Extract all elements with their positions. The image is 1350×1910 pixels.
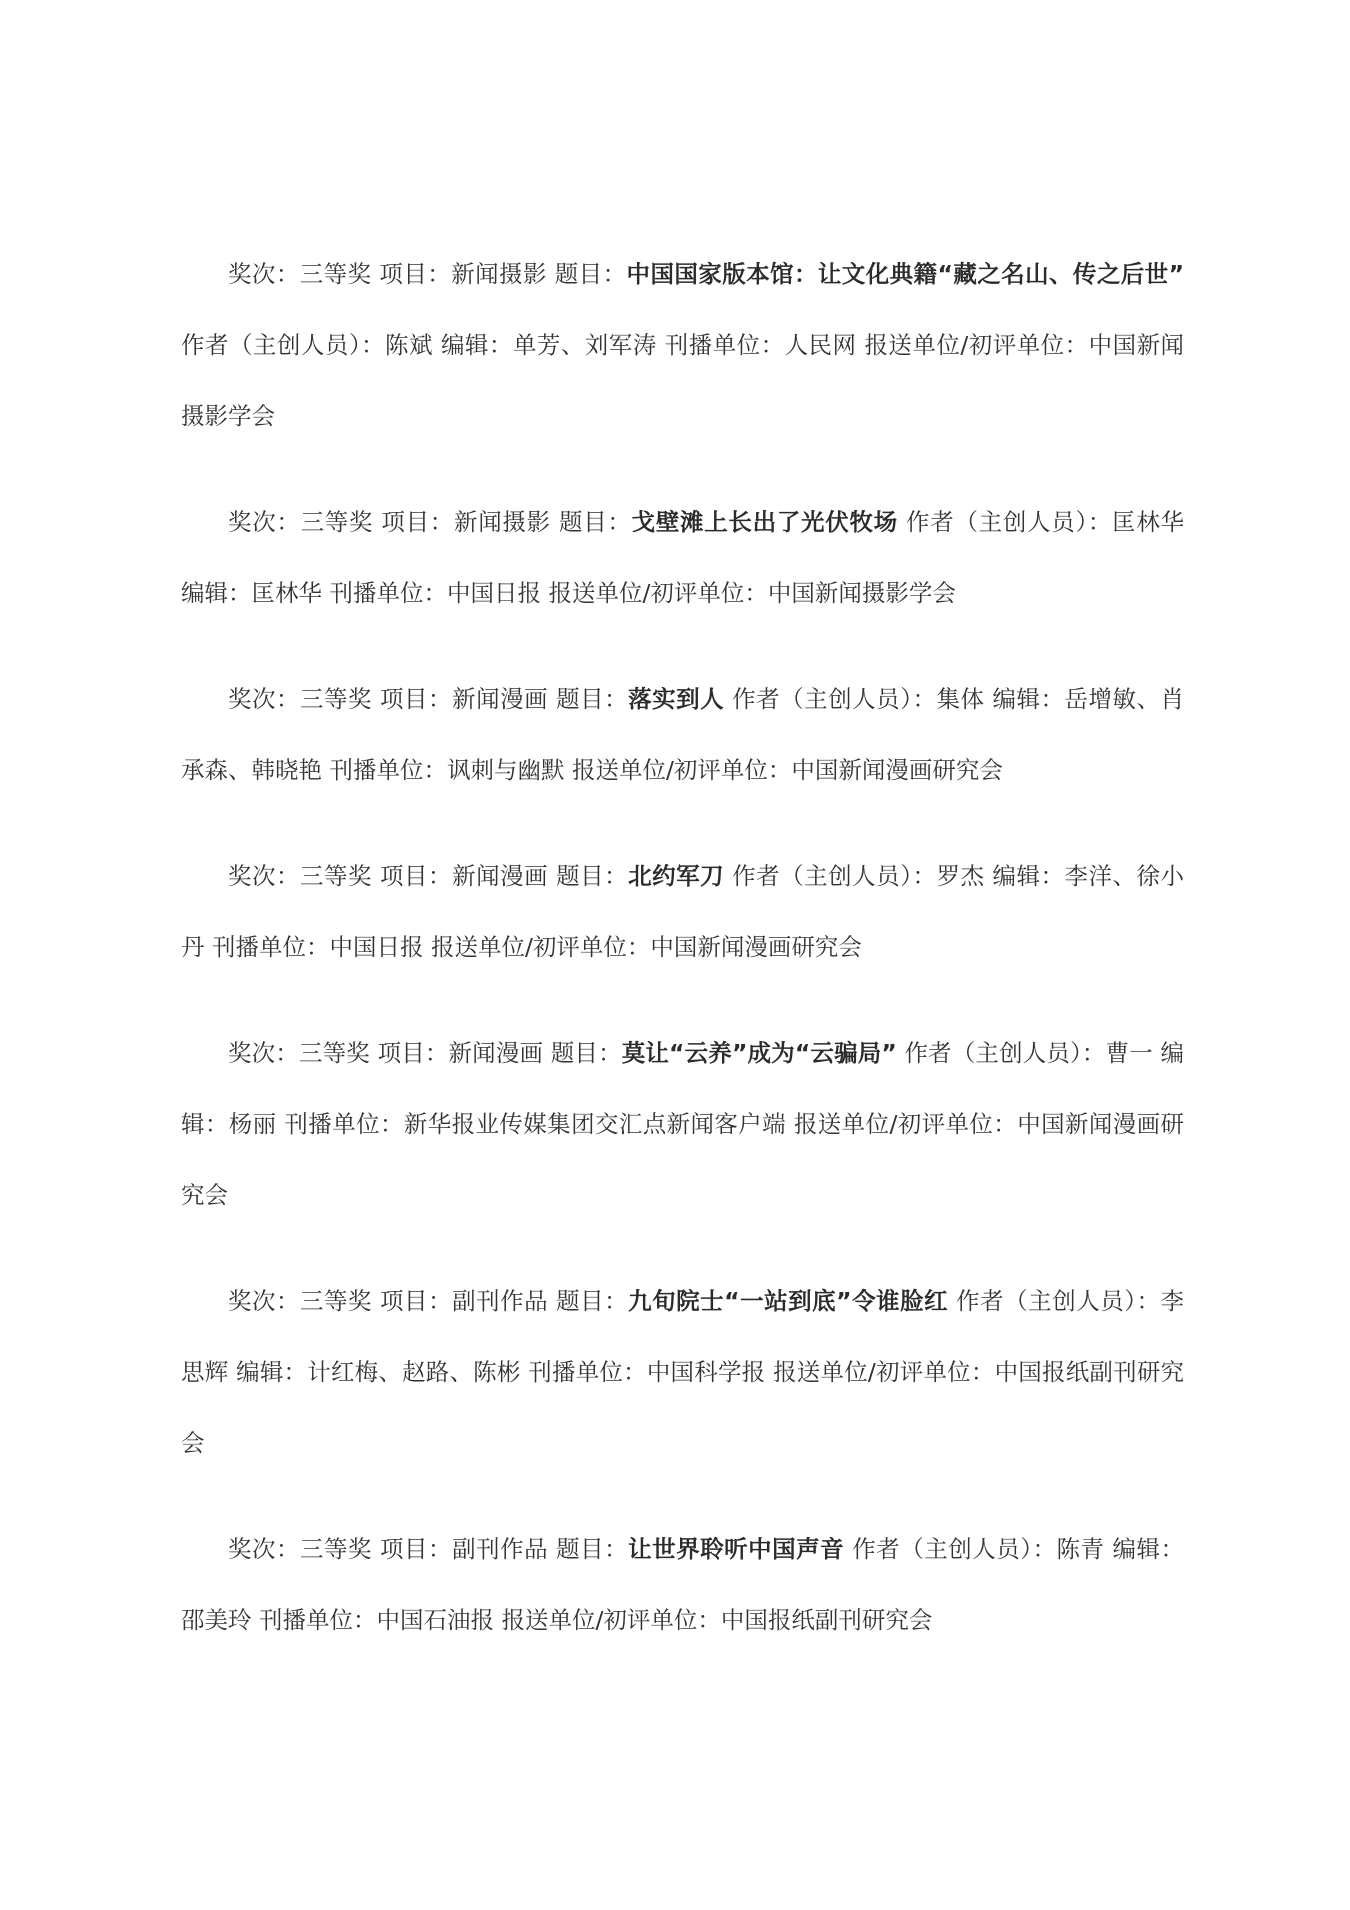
award-label: 奖次： [228, 508, 301, 536]
submitter-label: 报送单位/初评单位： [431, 933, 650, 961]
editor-label: 编辑： [992, 862, 1064, 890]
award-label: 奖次： [228, 1287, 300, 1315]
editor-value: 单芳、刘军涛 [513, 331, 657, 359]
category-value: 副刊作品 [452, 1287, 548, 1315]
title-label: 题目： [551, 1039, 622, 1067]
editor-label: 编辑： [992, 685, 1064, 713]
author-label: 作者（主创人员）： [732, 862, 936, 890]
submitter-value: 中国新闻摄影学会 [768, 579, 956, 607]
author-value: 匡林华 [1112, 508, 1184, 536]
publisher-label: 刊播单位： [284, 1110, 403, 1138]
publisher-label: 刊播单位： [259, 1606, 377, 1634]
category-value: 新闻漫画 [452, 862, 548, 890]
award-entry: 奖次：三等奖 项目：新闻漫画 题目：北约军刀 作者（主创人员）：罗杰 编辑：李洋… [181, 841, 1184, 983]
entry-title: 中国国家版本馆：让文化典籍“藏之名山、传之后世” [627, 260, 1185, 288]
award-value: 三等奖 [300, 260, 372, 288]
publisher-value: 中国科学报 [647, 1358, 766, 1386]
category-value: 新闻摄影 [451, 260, 547, 288]
publisher-label: 刊播单位： [665, 331, 785, 359]
submitter-label: 报送单位/初评单位： [864, 331, 1088, 359]
author-label: 作者（主创人员）： [181, 331, 385, 359]
award-value: 三等奖 [301, 508, 374, 536]
author-label: 作者（主创人员）： [956, 1287, 1160, 1315]
editor-label: 编辑： [236, 1358, 307, 1386]
publisher-value: 讽刺与幽默 [447, 756, 565, 784]
publisher-value: 中国石油报 [376, 1606, 494, 1634]
author-label: 作者（主创人员）： [906, 508, 1112, 536]
category-label: 项目： [379, 260, 451, 288]
award-label: 奖次： [228, 862, 300, 890]
editor-label: 编辑： [181, 579, 252, 607]
submitter-label: 报送单位/初评单位： [773, 1358, 995, 1386]
publisher-label: 刊播单位： [212, 933, 330, 961]
submitter-label: 报送单位/初评单位： [794, 1110, 1017, 1138]
category-value: 新闻漫画 [449, 1039, 544, 1067]
publisher-label: 刊播单位： [528, 1358, 647, 1386]
award-entry: 奖次：三等奖 项目：副刊作品 题目：让世界聆听中国声音 作者（主创人员）：陈青 … [181, 1514, 1184, 1656]
award-entry: 奖次：三等奖 项目：副刊作品 题目：九旬院士“一站到底”令谁脸红 作者（主创人员… [181, 1266, 1184, 1479]
publisher-label: 刊播单位： [329, 756, 447, 784]
entry-title: 北约军刀 [628, 862, 724, 890]
category-label: 项目： [380, 1287, 452, 1315]
award-value: 三等奖 [300, 862, 372, 890]
category-label: 项目： [380, 1535, 452, 1563]
category-label: 项目： [381, 508, 454, 536]
submitter-label: 报送单位/初评单位： [548, 579, 767, 607]
category-value: 新闻漫画 [452, 685, 548, 713]
award-entry: 奖次：三等奖 项目：新闻摄影 题目：中国国家版本馆：让文化典籍“藏之名山、传之后… [181, 239, 1184, 452]
editor-value: 邵美玲 [181, 1606, 252, 1634]
award-entry: 奖次：三等奖 项目：新闻漫画 题目：莫让“云养”成为“云骗局” 作者（主创人员）… [181, 1018, 1184, 1231]
entry-title: 让世界聆听中国声音 [628, 1535, 844, 1563]
entry-title: 莫让“云养”成为“云骗局” [622, 1039, 897, 1067]
publisher-value: 中国日报 [329, 933, 423, 961]
title-label: 题目： [556, 685, 628, 713]
submitter-value: 中国新闻漫画研究会 [650, 933, 862, 961]
category-label: 项目： [378, 1039, 449, 1067]
editor-value: 匡林华 [252, 579, 323, 607]
award-entry: 奖次：三等奖 项目：新闻摄影 题目：戈壁滩上长出了光伏牧场 作者（主创人员）：匡… [181, 487, 1184, 629]
award-entry: 奖次：三等奖 项目：新闻漫画 题目：落实到人 作者（主创人员）：集体 编辑：岳增… [181, 664, 1184, 806]
category-value: 新闻摄影 [454, 508, 551, 536]
publisher-value: 中国日报 [447, 579, 541, 607]
award-value: 三等奖 [299, 1039, 370, 1067]
author-value: 罗杰 [936, 862, 984, 890]
document-page: 奖次：三等奖 项目：新闻摄影 题目：中国国家版本馆：让文化典籍“藏之名山、传之后… [181, 239, 1184, 1691]
award-value: 三等奖 [300, 685, 372, 713]
title-label: 题目： [555, 260, 627, 288]
author-value: 集体 [936, 685, 984, 713]
submitter-label: 报送单位/初评单位： [501, 1606, 720, 1634]
award-label: 奖次： [228, 260, 300, 288]
award-label: 奖次： [228, 1535, 300, 1563]
award-label: 奖次： [228, 1039, 299, 1067]
author-value: 陈斌 [385, 331, 433, 359]
category-label: 项目： [380, 685, 452, 713]
title-label: 题目： [556, 862, 628, 890]
author-label: 作者（主创人员）： [852, 1535, 1056, 1563]
editor-value: 杨丽 [229, 1110, 277, 1138]
submitter-value: 中国新闻漫画研究会 [791, 756, 1003, 784]
publisher-value: 人民网 [785, 331, 857, 359]
award-value: 三等奖 [300, 1535, 372, 1563]
author-label: 作者（主创人员）： [732, 685, 936, 713]
publisher-label: 刊播单位： [329, 579, 447, 607]
award-value: 三等奖 [300, 1287, 372, 1315]
author-value: 曹一 [1106, 1039, 1153, 1067]
category-value: 副刊作品 [452, 1535, 548, 1563]
publisher-value: 新华报业传媒集团交汇点新闻客户端 [404, 1110, 786, 1138]
submitter-label: 报送单位/初评单位： [572, 756, 791, 784]
award-label: 奖次： [228, 685, 300, 713]
submitter-value: 中国报纸副刊研究会 [721, 1606, 933, 1634]
editor-value: 计红梅、赵路、陈彬 [307, 1358, 520, 1386]
author-value: 陈青 [1057, 1535, 1105, 1563]
category-label: 项目： [380, 862, 452, 890]
title-label: 题目： [556, 1535, 628, 1563]
author-label: 作者（主创人员）： [904, 1039, 1105, 1067]
entry-title: 九旬院士“一站到底”令谁脸红 [628, 1287, 948, 1315]
title-label: 题目： [556, 1287, 628, 1315]
editor-label: 编辑： [1113, 1535, 1185, 1563]
entry-title: 落实到人 [628, 685, 724, 713]
entry-title: 戈壁滩上长出了光伏牧场 [632, 508, 898, 536]
editor-label: 编辑： [441, 331, 513, 359]
title-label: 题目： [559, 508, 632, 536]
